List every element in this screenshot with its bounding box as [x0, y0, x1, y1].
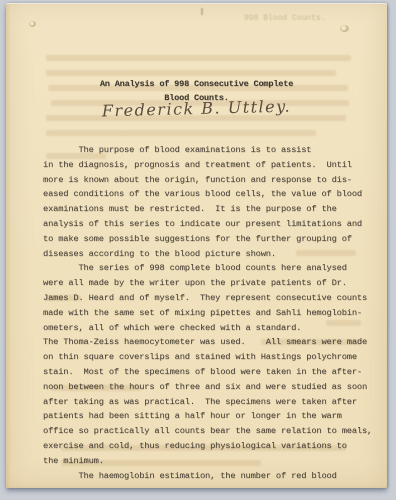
paper-speck — [29, 21, 36, 27]
typed-line: The Thoma-Zeiss haemocytometer was used.… — [43, 335, 381, 350]
bleed-through-line — [46, 130, 316, 136]
typed-line: exercise and cold, thus reducing physiol… — [43, 439, 381, 454]
typed-line: made with the same set of mixing pipette… — [43, 306, 381, 321]
typed-line: The series of 998 complete blood counts … — [43, 261, 381, 276]
typed-line: eased conditions of the various blood ce… — [43, 187, 381, 202]
typed-line: The haemoglobin estimation, the number o… — [43, 469, 381, 484]
typed-line: after taking as was practical. The speci… — [43, 395, 381, 410]
typed-line: noon between the hours of three and six … — [43, 380, 381, 395]
typed-line: were all made by the writer upon the pri… — [43, 276, 381, 291]
document-body: The purpose of blood examinations is to … — [43, 143, 381, 483]
document-scan: { "colors":{ "background":"#c9ced5", "pa… — [0, 0, 396, 500]
bleed-through-header: 998 Blood Counts. — [244, 14, 344, 23]
typed-line: analysis of this series to indicate our … — [43, 217, 381, 232]
bleed-through-line — [46, 55, 351, 61]
paper-speck — [340, 25, 349, 32]
typed-line: diseases according to the blood picture … — [43, 247, 381, 262]
pencil-mark — [201, 8, 203, 15]
typed-line: in the diagnosis, prognosis and treatmen… — [43, 158, 381, 173]
typed-line: stain. Most of the specimens of blood we… — [43, 365, 381, 380]
bleed-through-line — [46, 70, 336, 76]
title-line-1: An Analysis of 998 Consecutive Complete — [6, 77, 387, 91]
typed-line: to make some possible suggestions for th… — [43, 232, 381, 247]
typed-line: The purpose of blood examinations is to … — [43, 143, 381, 158]
typed-line: office so practically all counts bear th… — [43, 424, 381, 439]
typed-line: examinations must be restricted. It is t… — [43, 202, 381, 217]
typed-line: James D. Heard and of myself. They repre… — [43, 291, 381, 306]
typed-line: more is known about the origin, function… — [43, 173, 381, 188]
document-page: 998 Blood Counts. An Analysis of 998 Con… — [6, 3, 387, 488]
typed-line: ometers, all of which were checked with … — [43, 321, 381, 336]
typed-line: the minimum. — [43, 454, 381, 469]
typed-line: patients had been sitting a half hour or… — [43, 409, 381, 424]
typed-line: on thin square coverslips and stained wi… — [43, 350, 381, 365]
